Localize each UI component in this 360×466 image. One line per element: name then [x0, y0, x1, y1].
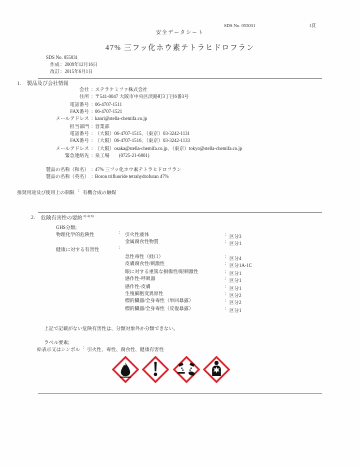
- ghs-pictogram-row: [0, 356, 351, 383]
- recommended-use-row: 推奨用途及び使用上の制限 : 有機合成の触媒: [17, 189, 116, 196]
- hazard-category: 区分1: [229, 307, 241, 314]
- section-2-heading: 2. 危険有害性の要約2) 4) 6): [31, 215, 94, 223]
- pictogram-caption: 絵表示又はシンボル : 引火性、毒性、腐食性、健康有害性: [37, 346, 164, 353]
- flame-icon: [112, 356, 139, 383]
- hazard-group-label: 物理化学的危険性: [56, 231, 94, 238]
- hazard-category: 区分2: [229, 299, 241, 306]
- product-name-row: 製品の名称（和名）:47% 三フッ化ホウ素テトラヒドロフラン: [0, 166, 360, 174]
- hazard-row: 物理化学的危険性: 引火性液体 :区分3: [0, 231, 360, 238]
- label-elements-heading: ラベル要素;: [44, 339, 69, 346]
- hazard-row: 金属腐食性物質 :区分1: [0, 238, 360, 245]
- hazard-category: 区分1: [229, 285, 241, 292]
- product-name-table: 製品の名称（和名）:47% 三フッ化ホウ素テトラヒドロフラン 製品の名称（英名）…: [0, 166, 360, 181]
- company-row: 電話番号:06-4707-1511: [0, 101, 360, 108]
- header-page-number: 1頁: [309, 23, 316, 29]
- created-date-line: 作成 : 2009年12月16日: [46, 62, 98, 69]
- hazard-category: 区分1: [229, 240, 241, 247]
- health-hazard-icon: [203, 356, 230, 383]
- hazard-group-label: 健康に対する有害性: [56, 246, 99, 253]
- ghs-classification-block: GHS分類; 物理化学的危険性: 引火性液体 :区分3 金属腐食性物質 :区分1…: [0, 224, 360, 313]
- hazard-category: 区分1: [229, 277, 241, 284]
- sds-number-line: SDS No. 055031: [46, 55, 98, 62]
- hazard-row: 感作性-皮膚 :区分1: [0, 283, 360, 290]
- document-type-label: 安全データシート: [0, 31, 360, 37]
- hazard-row: 眼に対する重篤な損傷性/眼刺激性 :区分1: [0, 268, 360, 275]
- hazard-category: 区分4: [229, 255, 241, 262]
- reference-superscript: 2) 4) 6): [83, 214, 93, 218]
- company-row: メールアドレス:（大阪）osaka@stella-chemifa.co.jp、（…: [0, 145, 360, 152]
- classification-note: 上記で記載がない危険有害性は、分類対象外か分類できない。: [44, 325, 178, 332]
- company-row: FAX番号:（大阪）06-4707-1516、（東京）03-3242-1133: [0, 137, 360, 144]
- company-row: 住所:〒541-0047 大阪市中央区淡路町3丁目6番3号: [0, 93, 360, 100]
- company-info-table: 会社:ステラケミファ株式会社 住所:〒541-0047 大阪市中央区淡路町3丁目…: [0, 86, 360, 159]
- exclamation-icon: [142, 356, 169, 383]
- ghs-classification-label: GHS分類;: [0, 224, 360, 231]
- company-row: メールアドレス:kanri@stella-chemifa.co.jp: [0, 115, 360, 122]
- revised-date-line: 改訂 : 2015年6月1日: [46, 69, 98, 76]
- product-name-row: 製品の名称（英名）:Boron trifluoride tetrahydrofu…: [0, 173, 360, 181]
- hazard-row: 生殖細胞変異原性 :区分2: [0, 290, 360, 297]
- sds-document-page: SDS No. 055031 1頁 安全データシート 47% 三フッ化ホウ素テト…: [0, 0, 360, 466]
- corrosion-icon: [173, 356, 200, 383]
- hazard-category: 区分1: [229, 270, 241, 277]
- document-meta-block: SDS No. 055031 作成 : 2009年12月16日 改訂 : 201…: [46, 55, 98, 77]
- company-row: 緊急連絡先:泉工場 (0725-21-6801): [0, 152, 360, 159]
- company-row: FAX番号:06-4707-1521: [0, 108, 360, 115]
- divider: [38, 212, 322, 213]
- hazard-category: 区分2: [229, 292, 241, 299]
- hazard-row: 感作性-呼吸器 :区分1: [0, 275, 360, 282]
- company-row: 会社:ステラケミファ株式会社: [0, 86, 360, 93]
- header-meta: SDS No. 055031 1頁: [224, 23, 316, 29]
- footer-divider: [38, 393, 322, 394]
- company-row: 担当部門:営業部: [0, 123, 360, 130]
- hazard-row: 皮膚腐食性/刺激性 :区分1A-1C: [0, 260, 360, 267]
- hazard-row: 急性毒性（経口） :区分4: [0, 253, 360, 260]
- company-row: 電話番号:（大阪）06-4707-1515、（東京）03-3242-1131: [0, 130, 360, 137]
- divider: [38, 78, 322, 79]
- hazard-group-row: 健康に対する有害性:: [0, 246, 360, 253]
- document-title: 47% 三フッ化ホウ素テトラヒドロフラン: [0, 43, 360, 52]
- hazard-category: 区分1A-1C: [229, 262, 252, 269]
- hazard-category: 区分3: [229, 233, 241, 240]
- header-sds-number: SDS No. 055031: [224, 23, 255, 29]
- hazard-row: 標的臓器/全身毒性（単回暴露） :区分2: [0, 297, 360, 304]
- hazard-row: 標的臓器/全身毒性（反復暴露） :区分1: [0, 305, 360, 312]
